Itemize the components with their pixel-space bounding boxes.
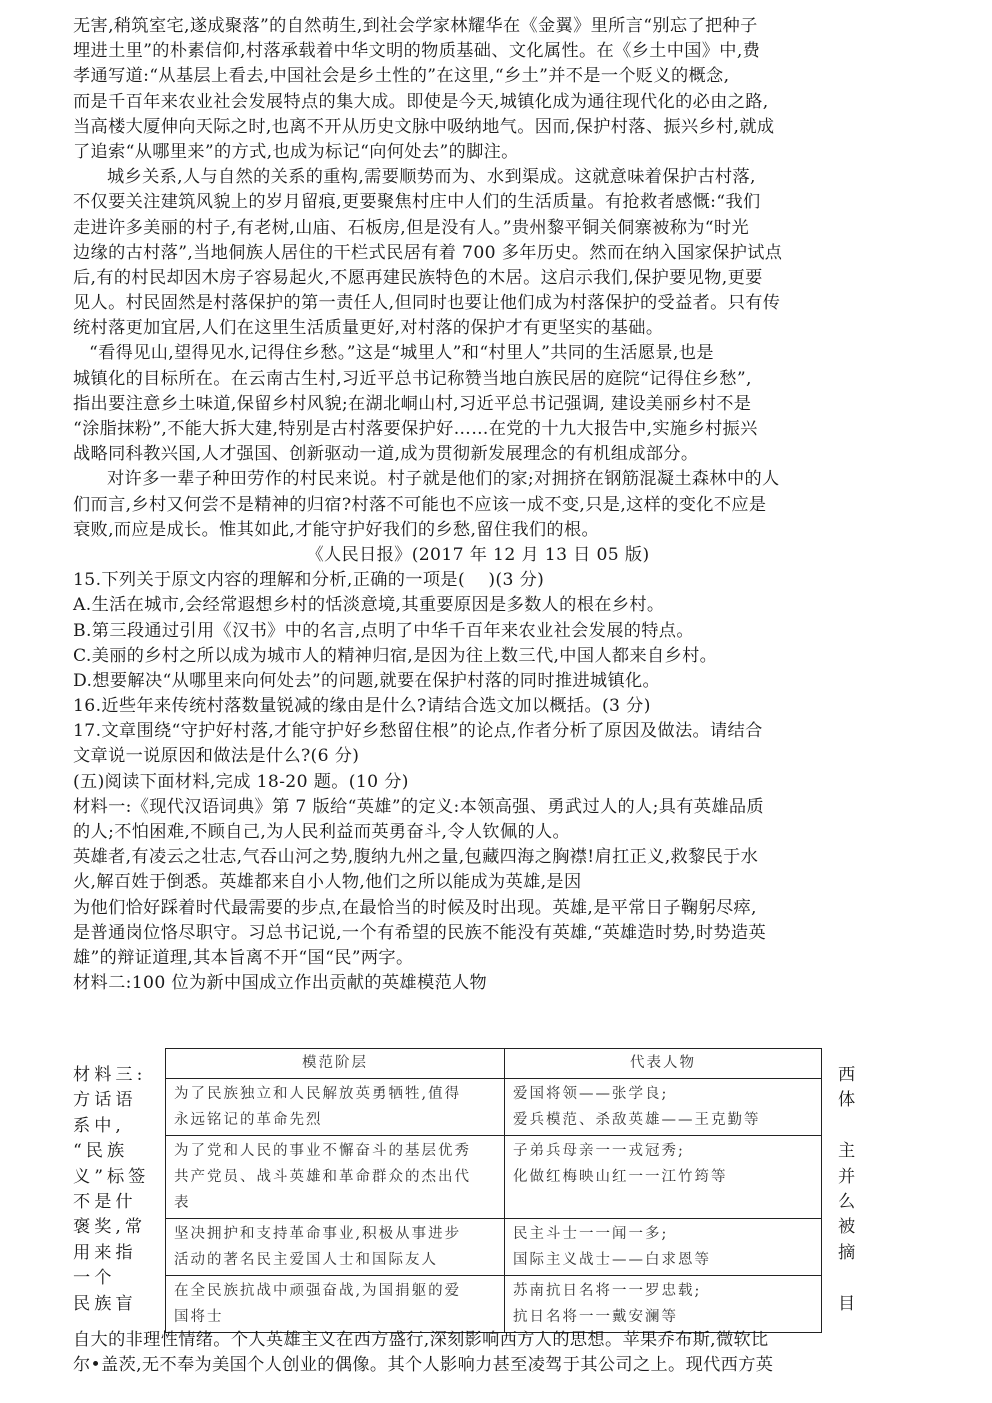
text-line: 17.文章围绕“守护好村落,才能守护好乡愁留住根”的论点,作者分析了原因及做法。… [73,719,883,744]
header-category: 模范阶层 [166,1049,505,1079]
text-line: 民族盲 [73,1292,163,1317]
text-line: 们而言,乡村又何尝不是精神的归宿?村落不可能也不应该一成不变,只是,这样的变化不… [73,493,883,518]
text-line: 义”标签 [73,1165,163,1190]
text-line: 指出要注意乡土味道,保留乡村风貌;在湖北峒山村,习近平总书记强调, 建设美丽乡村… [73,392,883,417]
text-line: 一个 [73,1266,163,1291]
text-line: 用来指 [73,1241,163,1266]
text-line: 边缘的古村落”,当地侗族人居住的干栏式民居有着 700 多年历史。然而在纳入国家… [73,241,883,266]
table-row: 在全民族抗战中顽强奋战,为国捐躯的爱 国将士 苏南抗日名将一一罗忠载; 抗日名将… [166,1276,822,1333]
text-line: 体 [838,1088,864,1113]
text-line [838,1114,864,1139]
text-line: 雄”的辩证道理,其本旨离不开“国“民”两字。 [73,946,883,971]
article-source: 《人民日报》(2017 年 12 月 13 日 05 版) [73,543,883,568]
cell-line: 为了民族独立和人民解放英勇牺牲,值得 [174,1081,496,1107]
text-line: 尔•盖茨,无不奉为美国个人创业的偶像。其个人影响力甚至凌驾于其公司之上。现代西方… [73,1353,883,1378]
cell-line: 共产党员、战斗英雄和革命群众的杰出代 [174,1164,496,1190]
text-line: 而是千百年来农业社会发展特点的集大成。即使是今天,城镇化成为通往现代化的必由之路… [73,90,883,115]
cell-line: 抗日名将一一戴安澜等 [513,1304,813,1330]
text-line: 火,解百姓于倒悉。英雄都来自小人物,他们之所以能成为英雄,是因 [73,870,883,895]
cell-line: 苏南抗日名将一一罗忠载; [513,1278,813,1304]
text-line [838,1266,864,1291]
text-line: 是普通岗位恪尽职守。习总书记说,一个有希望的民族不能没有英雄,“英雄造时势,时势… [73,921,883,946]
cell-line: 子弟兵母亲一一戎冠秀; [513,1138,813,1164]
article-paragraph-1: 无害,稍筑室宅,遂成聚落”的自然萌生,到社会学家林耀华在《金翼》里所言“别忘了把… [73,14,883,165]
material-3-right-column: 西 体 主 并 么 被 摘 目 [838,1063,864,1317]
text-line: 统村落更加宜居,人们在这里生活质量更好,对村落的保护才有更坚实的基础。 [73,316,883,341]
table-header-row: 模范阶层 代表人物 [166,1049,822,1079]
text-line: 目 [838,1292,864,1317]
cell-line: 永远铭记的革命先烈 [174,1107,496,1133]
text-line: 不是什 [73,1190,163,1215]
text-line: 孝通写道:“从基层上看去,中国社会是乡土性的”在这里,“乡土”并不是一个贬义的概… [73,64,883,89]
text-line: “涂脂抹粉”,不能大拆大建,特别是古村落要保护好……在党的十九大报告中,实施乡村… [73,417,883,442]
text-line: 主 [838,1139,864,1164]
category-cell: 为了党和人民的事业不懈奋斗的基层优秀 共产党员、战斗英雄和革命群众的杰出代 表 [166,1136,505,1219]
header-people: 代表人物 [505,1049,822,1079]
cell-line: 爱国将领——张学良; [513,1081,813,1107]
table-row: 坚决拥护和支持革命事业,积极从事进步 活动的著名民主爱国人士和国际友人 民主斗士… [166,1219,822,1276]
cell-line: 坚决拥护和支持革命事业,积极从事进步 [174,1221,496,1247]
material-3-continuation: 自大的非理性情绪。个人英雄主义在西方盛行,深刻影响西方人的思想。苹果乔布斯,微软… [73,1328,883,1378]
text-line: 摘 [838,1241,864,1266]
text-line: 见人。村民固然是村落保护的第一责任人,但同时也要让他们成为村落保护的受益者。只有… [73,291,883,316]
exam-page-body: 无害,稍筑室宅,遂成聚落”的自然萌生,到社会学家林耀华在《金翼》里所言“别忘了把… [73,14,883,996]
text-line: 城乡关系,人与自然的关系的重构,需要顺势而为、水到渠成。这就意味着保护古村落, [73,165,883,190]
text-line: “看得见山,望得见水,记得住乡愁。”这是“城里人”和“村里人”共同的生活愿景,也… [73,341,883,366]
text-line: 文章说一说原因和做法是什么?(6 分) [73,744,883,769]
text-line: 不仅要关注建筑风貌上的岁月留痕,更要聚焦村庄中人们的生活质量。有抢救者感慨:“我… [73,190,883,215]
text-line: “民族 [73,1139,163,1164]
text-line: 埋进土里”的朴素信仰,村落承载着中华文明的物质基础、文化属性。在《乡土中国》中,… [73,39,883,64]
article-paragraph-2: 城乡关系,人与自然的关系的重构,需要顺势而为、水到渠成。这就意味着保护古村落, … [73,165,883,341]
text-line: 褒奖,常 [73,1215,163,1240]
material-3-left-column: 材料三: 方话语 系中, “民族 义”标签 不是什 褒奖,常 用来指 一个 民族… [73,1063,163,1317]
category-cell: 坚决拥护和支持革命事业,积极从事进步 活动的著名民主爱国人士和国际友人 [166,1219,505,1276]
text-line: 材料三: [73,1063,163,1088]
question-17: 17.文章围绕“守护好村落,才能守护好乡愁留住根”的论点,作者分析了原因及做法。… [73,719,883,769]
text-line: 自大的非理性情绪。个人英雄主义在西方盛行,深刻影响西方人的思想。苹果乔布斯,微软… [73,1328,883,1353]
category-cell: 在全民族抗战中顽强奋战,为国捐躯的爱 国将士 [166,1276,505,1333]
section-5-heading: (五)阅读下面材料,完成 18-20 题。(10 分) [73,770,883,795]
hero-model-table: 模范阶层 代表人物 为了民族独立和人民解放英勇牺牲,值得 永远铭记的革命先烈 爱… [165,1048,822,1333]
text-line: 被 [838,1215,864,1240]
text-line: 了追索“从哪里来”的方式,也成为标记“向何处去”的脚注。 [73,140,883,165]
text-line: 对许多一辈子种田劳作的村民来说。村子就是他们的家;对拥挤在钢筋混凝土森林中的人 [73,467,883,492]
text-line: 材料一:《现代汉语词典》第 7 版给“英雄”的定义:本领高强、勇武过人的人;具有… [73,795,883,820]
question-15: 15.下列关于原文内容的理解和分析,正确的一项是( )(3 分) A.生活在城市… [73,568,883,694]
material-2-title: 材料二:100 位为新中国成立作出贡献的英雄模范人物 [73,971,883,996]
cell-line: 在全民族抗战中顽强奋战,为国捐躯的爱 [174,1278,496,1304]
text-line: 的人;不怕困难,不顾自己,为人民利益而英勇奋斗,令人钦佩的人。 [73,820,883,845]
text-line: 走进许多美丽的村子,有老树,山庙、石板房,但是没有人。”贵州黎平铜关侗寨被称为“… [73,216,883,241]
cell-line: 活动的著名民主爱国人士和国际友人 [174,1247,496,1273]
people-cell: 爱国将领——张学良; 爱兵模范、杀敌英雄——王克勤等 [505,1079,822,1136]
text-line: 英雄者,有凌云之壮志,气吞山河之势,腹纳九州之量,包藏四海之胸襟!肩扛正义,救黎… [73,845,883,870]
text-line: 方话语 [73,1088,163,1113]
text-line: 城镇化的目标所在。在云南古生村,习近平总书记称赞当地白族民居的庭院“记得住乡愁”… [73,367,883,392]
text-line: 系中, [73,1114,163,1139]
category-cell: 为了民族独立和人民解放英勇牺牲,值得 永远铭记的革命先烈 [166,1079,505,1136]
cell-line: 国际主义战士——白求恩等 [513,1247,813,1273]
cell-line: 化做红梅映山红一一江竹筠等 [513,1164,813,1190]
text-line: 西 [838,1063,864,1088]
question-16: 16.近些年来传统村落数量锐减的缘由是什么?请结合选文加以概括。(3 分) [73,694,883,719]
article-paragraph-4: 对许多一辈子种田劳作的村民来说。村子就是他们的家;对拥挤在钢筋混凝土森林中的人 … [73,467,883,543]
article-paragraph-3: “看得见山,望得见水,记得住乡愁。”这是“城里人”和“村里人”共同的生活愿景,也… [73,341,883,467]
table-row: 为了党和人民的事业不懈奋斗的基层优秀 共产党员、战斗英雄和革命群众的杰出代 表 … [166,1136,822,1219]
cell-line: 爱兵模范、杀敌英雄——王克勤等 [513,1107,813,1133]
people-cell: 民主斗士一一闻一多; 国际主义战士——白求恩等 [505,1219,822,1276]
option-d: D.想要解决“从哪里来向何处去”的问题,就要在保护村落的同时推进城镇化。 [73,669,883,694]
text-line: 战略同科教兴国,人才强国、创新驱动一道,成为贯彻新发展理念的有机组成部分。 [73,442,883,467]
option-b: B.第三段通过引用《汉书》中的名言,点明了中华千百年来农业社会发展的特点。 [73,619,883,644]
text-line: 为他们恰好踩着时代最需要的步点,在最恰当的时候及时出现。英雄,是平常日子鞠躬尽瘁… [73,896,883,921]
people-cell: 子弟兵母亲一一戎冠秀; 化做红梅映山红一一江竹筠等 [505,1136,822,1219]
cell-line: 国将士 [174,1304,496,1330]
cell-line: 表 [174,1190,496,1216]
text-line: 无害,稍筑室宅,遂成聚落”的自然萌生,到社会学家林耀华在《金翼》里所言“别忘了把… [73,14,883,39]
cell-line: 民主斗士一一闻一多; [513,1221,813,1247]
cell-line: 为了党和人民的事业不懈奋斗的基层优秀 [174,1138,496,1164]
table-row: 为了民族独立和人民解放英勇牺牲,值得 永远铭记的革命先烈 爱国将领——张学良; … [166,1079,822,1136]
material-1: 材料一:《现代汉语词典》第 7 版给“英雄”的定义:本领高强、勇武过人的人;具有… [73,795,883,971]
text-line: 衰败,而应是成长。惟其如此,才能守护好我们的乡愁,留住我们的根。 [73,518,883,543]
text-line: 并 [838,1165,864,1190]
question-stem: 15.下列关于原文内容的理解和分析,正确的一项是( )(3 分) [73,568,883,593]
text-line: 么 [838,1190,864,1215]
option-c: C.美丽的乡村之所以成为城市人的精神归宿,是因为往上数三代,中国人都来自乡村。 [73,644,883,669]
option-a: A.生活在城市,会经常遐想乡村的恬淡意境,其重要原因是多数人的根在乡村。 [73,593,883,618]
text-line: 当高楼大厦伸向天际之时,也离不开从历史文脉中吸纳地气。因而,保护村落、振兴乡村,… [73,115,883,140]
people-cell: 苏南抗日名将一一罗忠载; 抗日名将一一戴安澜等 [505,1276,822,1333]
text-line: 后,有的村民却因木房子容易起火,不愿再建民族特色的木居。这启示我们,保护要见物,… [73,266,883,291]
